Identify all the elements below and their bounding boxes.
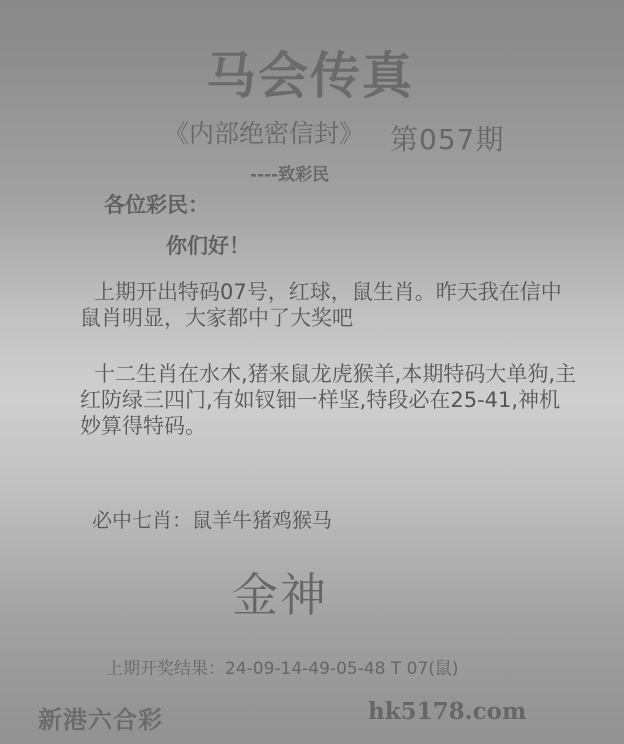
prediction-line: 必中七肖：鼠羊牛猪鸡猴马 (92, 504, 332, 533)
issue-number: 第057期 (390, 118, 504, 158)
footer-website: hk5178.com (368, 698, 526, 725)
prediction-zodiacs: 鼠羊牛猪鸡猴马 (192, 508, 332, 532)
document-subtitle: 《内部绝密信封》 (164, 114, 364, 150)
signature: 金神 (232, 559, 328, 625)
document-title: 马会传真 (206, 36, 414, 108)
last-result-line: 上期开奖结果：24-09-14-49-05-48 T 07(鼠) (106, 654, 459, 679)
greeting-hello: 你们好！ (166, 230, 250, 260)
paragraph-text: 十二生肖在水木,猪来鼠龙虎猴羊,本期特码大单狗,主红防绿三四门,有如钗钿一样坚,… (80, 362, 576, 438)
paragraph-text: 上期开出特码07号，红球，鼠生肖。昨天我在信中鼠肖明显，大家都中了大奖吧 (80, 280, 562, 330)
footer-brand: 新港六合彩 (38, 700, 163, 735)
body-paragraph-2: 十二生肖在水木,猪来鼠龙虎猴羊,本期特码大单狗,主红防绿三四门,有如钗钿一样坚,… (80, 361, 580, 439)
last-result-label: 上期开奖结果： (106, 659, 225, 679)
recipient-line: ----致彩民 (250, 160, 329, 185)
last-result-numbers: 24-09-14-49-05-48 T 07(鼠) (225, 659, 459, 679)
body-paragraph-1: 上期开出特码07号，红球，鼠生肖。昨天我在信中鼠肖明显，大家都中了大奖吧 (80, 279, 580, 331)
salutation: 各位彩民： (104, 189, 209, 219)
prediction-label: 必中七肖： (92, 508, 192, 532)
